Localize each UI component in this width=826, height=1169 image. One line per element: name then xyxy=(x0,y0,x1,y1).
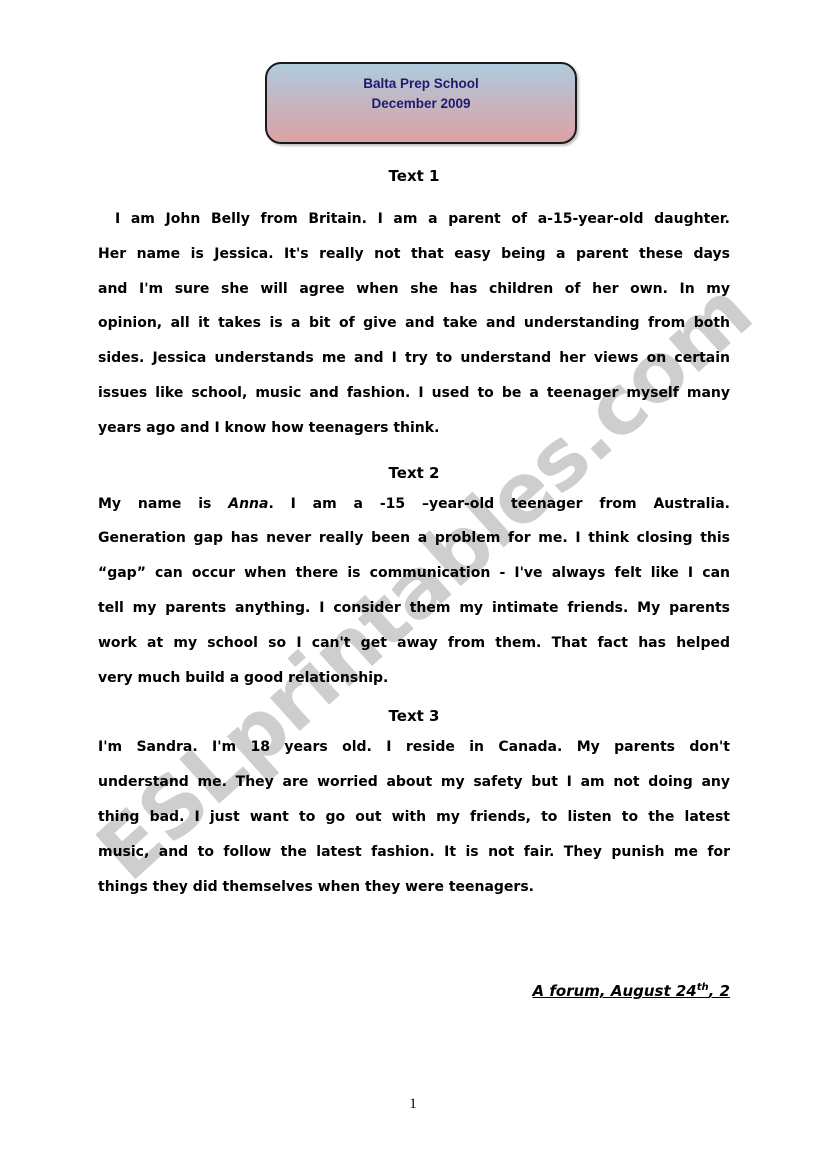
document-body: Text 1 I am John Belly from Britain. I a… xyxy=(98,163,730,1003)
text-segment: . I am a -15 –year-old teenager from Aus… xyxy=(268,496,730,512)
text-line: work at my school so I can't get away fr… xyxy=(98,626,730,661)
text-line: opinion, all it takes is a bit of give a… xyxy=(98,306,730,341)
text-segment: My name is xyxy=(98,496,228,512)
text1-paragraph: I am John Belly from Britain. I am a par… xyxy=(98,202,730,446)
text-line: years ago and I know how teenagers think… xyxy=(98,411,730,446)
footer-superscript: th xyxy=(697,982,709,993)
text2-heading: Text 2 xyxy=(98,460,730,487)
text-line: things they did themselves when they wer… xyxy=(98,870,730,905)
text-line: thing bad. I just want to go out with my… xyxy=(98,800,730,835)
text2-paragraph: My name is Anna. I am a -15 –year-old te… xyxy=(98,487,730,696)
text-line: tell my parents anything. I consider the… xyxy=(98,591,730,626)
page-number: 1 xyxy=(0,1096,826,1113)
text-line: understand me. They are worried about my… xyxy=(98,765,730,800)
text-segment-italic: Anna xyxy=(228,496,268,512)
text-line: I'm Sandra. I'm 18 years old. I reside i… xyxy=(98,730,730,765)
text-line: and I'm sure she will agree when she has… xyxy=(98,272,730,307)
text-line: Generation gap has never really been a p… xyxy=(98,521,730,556)
school-name-text: Balta Prep School xyxy=(267,74,575,94)
footer-post: , 2 xyxy=(709,982,730,1000)
forum-source-text: A forum, August 24th, 2 xyxy=(533,982,730,1000)
text-line: issues like school, music and fashion. I… xyxy=(98,376,730,411)
document-page: Balta Prep School December 2009 ESLprint… xyxy=(0,0,826,1169)
text1-heading: Text 1 xyxy=(98,163,730,190)
text-line: My name is Anna. I am a -15 –year-old te… xyxy=(98,487,730,522)
text-line: very much build a good relationship. xyxy=(98,661,730,696)
text3-paragraph: I'm Sandra. I'm 18 years old. I reside i… xyxy=(98,730,730,904)
text-line: “gap” can occur when there is communicat… xyxy=(98,556,730,591)
school-header-box: Balta Prep School December 2009 xyxy=(265,62,577,144)
text-line: I am John Belly from Britain. I am a par… xyxy=(98,202,730,237)
text-line: Her name is Jessica. It's really not tha… xyxy=(98,237,730,272)
footer-pre: A forum, August 24 xyxy=(533,982,697,1000)
text3-heading: Text 3 xyxy=(98,703,730,730)
header-date-text: December 2009 xyxy=(267,94,575,114)
text-line: sides. Jessica understands me and I try … xyxy=(98,341,730,376)
text-line: music, and to follow the latest fashion.… xyxy=(98,835,730,870)
forum-source-line: A forum, August 24th, 2 xyxy=(98,976,730,1003)
